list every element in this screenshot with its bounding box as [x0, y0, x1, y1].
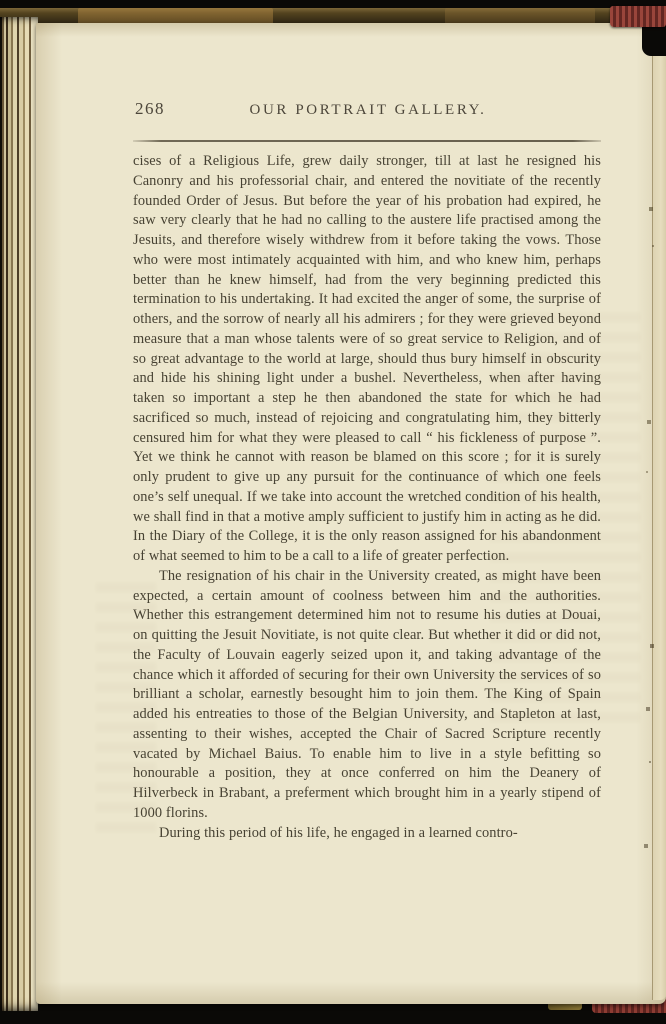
foxing-specks	[36, 23, 38, 25]
fore-edge-under-page	[652, 28, 666, 1000]
body-text: cises of a Religious Life, grew daily st…	[133, 152, 601, 843]
paragraph-continuation: cises of a Religious Life, grew daily st…	[133, 152, 601, 567]
paragraph-partial: During this period of his life, he engag…	[133, 824, 601, 844]
running-header: OUR PORTRAIT GALLERY.	[135, 102, 601, 119]
paragraph: The resignation of his chair in the Univ…	[133, 567, 601, 824]
header-rule	[133, 140, 601, 142]
headband-red	[610, 6, 666, 27]
stacked-page-edges	[0, 17, 38, 1011]
book-page: 268 OUR PORTRAIT GALLERY. cises of a Rel…	[36, 23, 666, 1004]
book-scan: 268 OUR PORTRAIT GALLERY. cises of a Rel…	[0, 0, 666, 1024]
